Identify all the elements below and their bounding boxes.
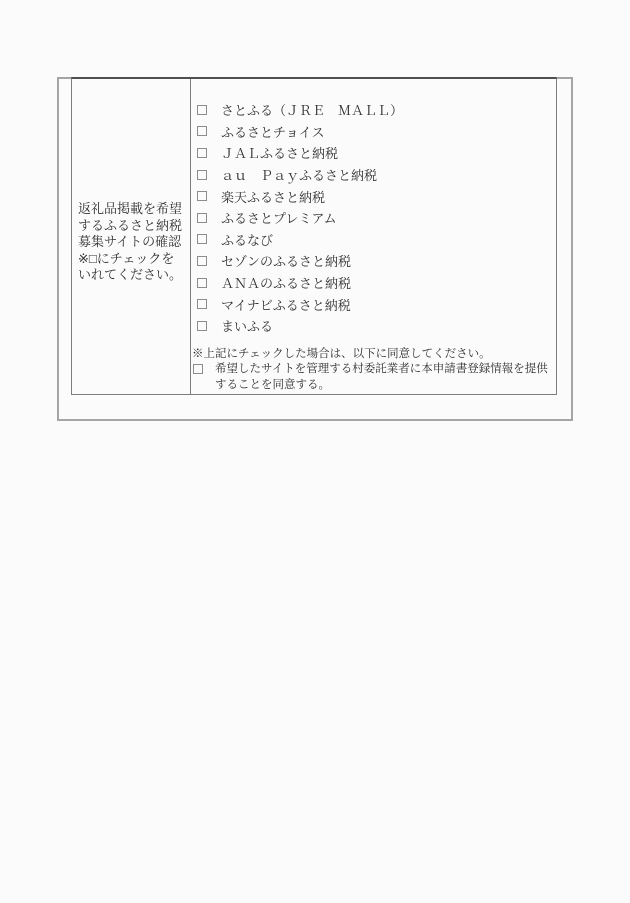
- document-page: { "document": { "section_label": "返礼品掲載を…: [0, 0, 630, 903]
- site-checkbox[interactable]: [197, 256, 207, 266]
- site-row-maifuru: まいふる: [197, 315, 552, 337]
- site-checkbox[interactable]: [197, 213, 207, 223]
- row-header-label: 返礼品掲載を希望 するふるさと納税 募集サイトの確認 ※□にチェックを いれてく…: [72, 79, 191, 394]
- site-row-jal: ＪＡＬふるさと納税: [197, 142, 552, 164]
- site-row-furusato-choice: ふるさとチョイス: [197, 121, 552, 143]
- site-checkbox[interactable]: [197, 321, 207, 331]
- site-row-rakuten: 楽天ふるさと納税: [197, 185, 552, 207]
- site-label: ＪＡＬふるさと納税: [221, 143, 338, 162]
- site-label: マイナビふるさと納税: [221, 295, 351, 314]
- reward-site-selection-table: 返礼品掲載を希望 するふるさと納税 募集サイトの確認 ※□にチェックを いれてく…: [71, 77, 557, 395]
- site-label: ａｕ Ｐａｙふるさと納税: [221, 165, 377, 184]
- site-checkbox[interactable]: [197, 126, 207, 136]
- site-checkbox[interactable]: [197, 170, 207, 180]
- site-label: セゾンのふるさと納税: [221, 251, 351, 270]
- agreement-checkbox[interactable]: [193, 364, 203, 374]
- site-row-aupay: ａｕ Ｐａｙふるさと納税: [197, 164, 552, 186]
- site-checkbox[interactable]: [197, 278, 207, 288]
- site-label: ふるさとチョイス: [221, 122, 324, 141]
- site-row-ana: ＡＮＡのふるさと納税: [197, 272, 552, 294]
- site-checklist: さとふる（ＪＲＥ ＭＡＬＬ） ふるさとチョイス ＪＡＬふるさと納税 ａｕ Ｐａｙ…: [191, 79, 556, 394]
- site-label: ふるなび: [221, 230, 273, 249]
- site-label: 楽天ふるさと納税: [221, 187, 325, 206]
- site-row-satofuru: さとふる（ＪＲＥ ＭＡＬＬ）: [197, 99, 552, 121]
- site-checkbox[interactable]: [197, 234, 207, 244]
- site-row-mynavi: マイナビふるさと納税: [197, 293, 552, 315]
- site-checkbox[interactable]: [197, 105, 207, 115]
- agreement-instruction-note: ※上記にチェックした場合は、以下に同意してください。: [192, 347, 552, 363]
- site-row-premium: ふるさとプレミアム: [197, 207, 552, 229]
- site-label: ＡＮＡのふるさと納税: [221, 273, 351, 292]
- site-label: まいふる: [221, 316, 273, 335]
- site-row-saison: セゾンのふるさと納税: [197, 250, 552, 272]
- agreement-row: 希望したサイトを管理する村委託業者に本申請書登録情報を提供 することを同意する。: [192, 362, 552, 393]
- agreement-statement: 希望したサイトを管理する村委託業者に本申請書登録情報を提供 することを同意する。: [215, 362, 548, 393]
- site-row-furunavi: ふるなび: [197, 229, 552, 251]
- site-label: ふるさとプレミアム: [221, 208, 337, 227]
- agreement-section: ※上記にチェックした場合は、以下に同意してください。 希望したサイトを管理する村…: [192, 347, 552, 394]
- site-checkbox[interactable]: [197, 148, 207, 158]
- site-checkbox[interactable]: [197, 299, 207, 309]
- site-label: さとふる（ＪＲＥ ＭＡＬＬ）: [221, 100, 403, 119]
- site-checkbox[interactable]: [197, 191, 207, 201]
